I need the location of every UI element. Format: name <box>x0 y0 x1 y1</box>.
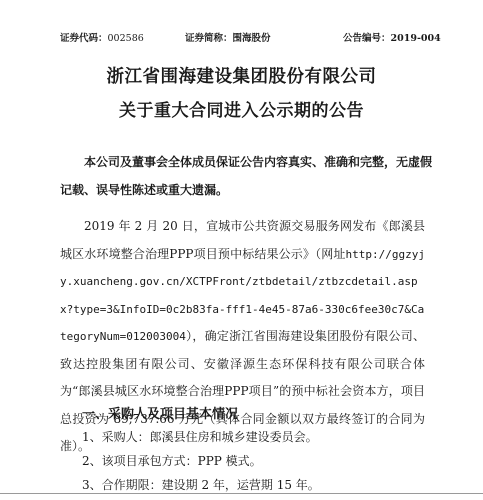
announcement-title: 关于重大合同进入公示期的公告 <box>0 96 483 121</box>
stock-code-value: 002586 <box>108 33 144 44</box>
announcement-number-label: 公告编号： <box>343 33 391 44</box>
stock-code-label: 证券代码： <box>60 33 108 44</box>
announcement-number-value: 2019-004 <box>391 33 441 44</box>
stock-name: 证券简称：围海股份 <box>185 30 271 44</box>
section-heading: 一、采购人及项目基本情况 <box>82 403 238 422</box>
page-bottom-divider <box>0 493 483 494</box>
stock-code: 证券代码：002586 <box>60 30 144 44</box>
company-title: 浙江省围海建设集团股份有限公司 <box>0 63 483 88</box>
list-item-cooperation-period: 3、合作期限：建设期 2 年，运营期 15 年。 <box>82 476 320 493</box>
list-item-contract-mode: 2、该项目承包方式：PPP 模式。 <box>82 452 262 469</box>
body-paragraph: 2019 年 2 月 20 日，宣城市公共资源交易服务网发布《郎溪县城区水环境整… <box>60 213 425 461</box>
announcement-number: 公告编号：2019-004 <box>343 30 441 44</box>
list-item-purchaser: 1、采购人：郎溪县住房和城乡建设委员会。 <box>82 428 318 445</box>
board-statement: 本公司及董事会全体成员保证公告内容真实、准确和完整，无虚假记载、误导性陈述或重大… <box>60 148 435 204</box>
stock-name-label: 证券简称： <box>185 33 233 44</box>
stock-name-value: 围海股份 <box>233 33 271 44</box>
document-header: 证券代码：002586 证券简称：围海股份 公告编号：2019-004 <box>0 30 483 46</box>
